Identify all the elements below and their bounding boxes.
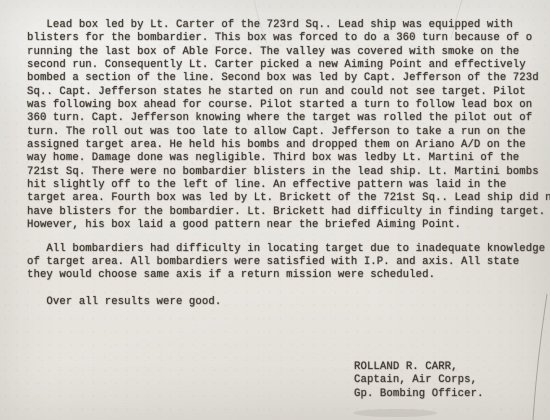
signature-name: ROLLAND R. CARR, [354,361,484,374]
paragraph-bombardier-summary: All bombardiers had difficulty in locati… [27,243,547,283]
report-body: Lead box led by Lt. Carter of the 723rd … [27,19,547,309]
crease-mark-right [533,294,547,420]
paragraph-overall-results: Over all results were good. [27,296,547,309]
paragraph-lead-box-report: Lead box led by Lt. Carter of the 723rd … [27,19,547,233]
document-page: Lead box led by Lt. Carter of the 723rd … [0,0,550,420]
smudge-mark [353,409,437,417]
signature-rank: Captain, Air Corps, [354,374,484,387]
signature-block: ROLLAND R. CARR, Captain, Air Corps, Gp.… [354,361,484,401]
signature-title: Gp. Bombing Officer. [354,388,484,401]
